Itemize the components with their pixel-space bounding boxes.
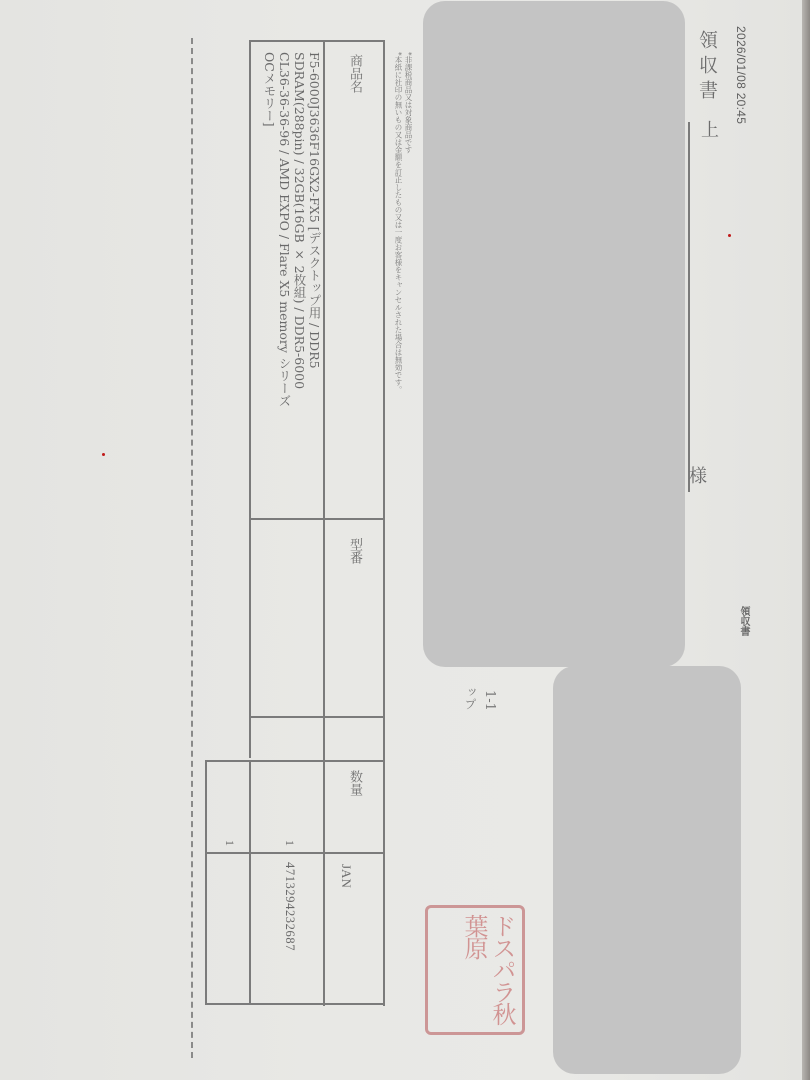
recipient-name-line [688, 122, 690, 492]
product-name-line: SDRAM(288pin) / 32GB(16GB × 2枚組) / DDR5-… [292, 52, 307, 407]
product-name-line: OCメモリー] [262, 52, 277, 407]
paper-edge [802, 0, 810, 1080]
product-name-cell: F5-6000J3636F16GX2-FX5 [デスクトップ用 / DDR5 S… [262, 52, 322, 407]
redacted-area [553, 666, 741, 1074]
header-jan: JAN [338, 864, 354, 888]
table-divider [249, 518, 385, 520]
recipient-suffix: 上 [695, 120, 721, 138]
table-border [249, 40, 251, 758]
redacted-area [423, 1, 685, 667]
tear-line [191, 38, 193, 1058]
receipt-title: 領収書 [694, 30, 721, 105]
stamp-text: ドスパラ秋葉原 [460, 914, 516, 1032]
honorific: 様 [683, 466, 709, 484]
red-dot-mark [102, 453, 105, 456]
notice-text: *非課税商品又は対象商品です *本紙に社印の無いもの又は金額を訂正したもの又は一… [393, 52, 413, 393]
address-fragment: ップ [462, 686, 479, 710]
address-fragment: 1-1 [482, 690, 497, 711]
table-border [205, 760, 207, 1005]
notice-line: *本紙に社印の無いもの又は金額を訂正したもの又は一度お客様をキャンセルされた場合… [393, 52, 403, 393]
table-border [249, 760, 251, 1005]
notice-line: *非課税商品又は対象商品です [403, 52, 413, 393]
jan-cell: 4713294232687 [282, 862, 297, 951]
table-border [205, 1003, 385, 1005]
header-model-number: 型番 [345, 538, 364, 564]
total-quantity-cell: 1 [222, 840, 237, 846]
company-seal-stamp: ドスパラ秋葉原 [425, 905, 525, 1035]
table-divider [205, 852, 385, 854]
quantity-cell: 1 [282, 840, 297, 846]
corner-label: 領収書 [736, 606, 751, 636]
product-name-line: F5-6000J3636F16GX2-FX5 [デスクトップ用 / DDR5 [307, 52, 322, 407]
red-dot-mark [728, 234, 731, 237]
header-product-name: 商品名 [345, 54, 364, 93]
table-border [383, 40, 385, 1006]
table-border [249, 40, 385, 42]
print-timestamp: 2026/01/08 20:45 [734, 26, 748, 124]
product-name-line: CL36-36-36-96 / AMD EXPO / Flare X5 memo… [277, 52, 292, 407]
table-divider [249, 716, 385, 718]
table-border [323, 40, 325, 1006]
table-divider [205, 760, 385, 762]
header-quantity: 数量 [345, 770, 364, 796]
